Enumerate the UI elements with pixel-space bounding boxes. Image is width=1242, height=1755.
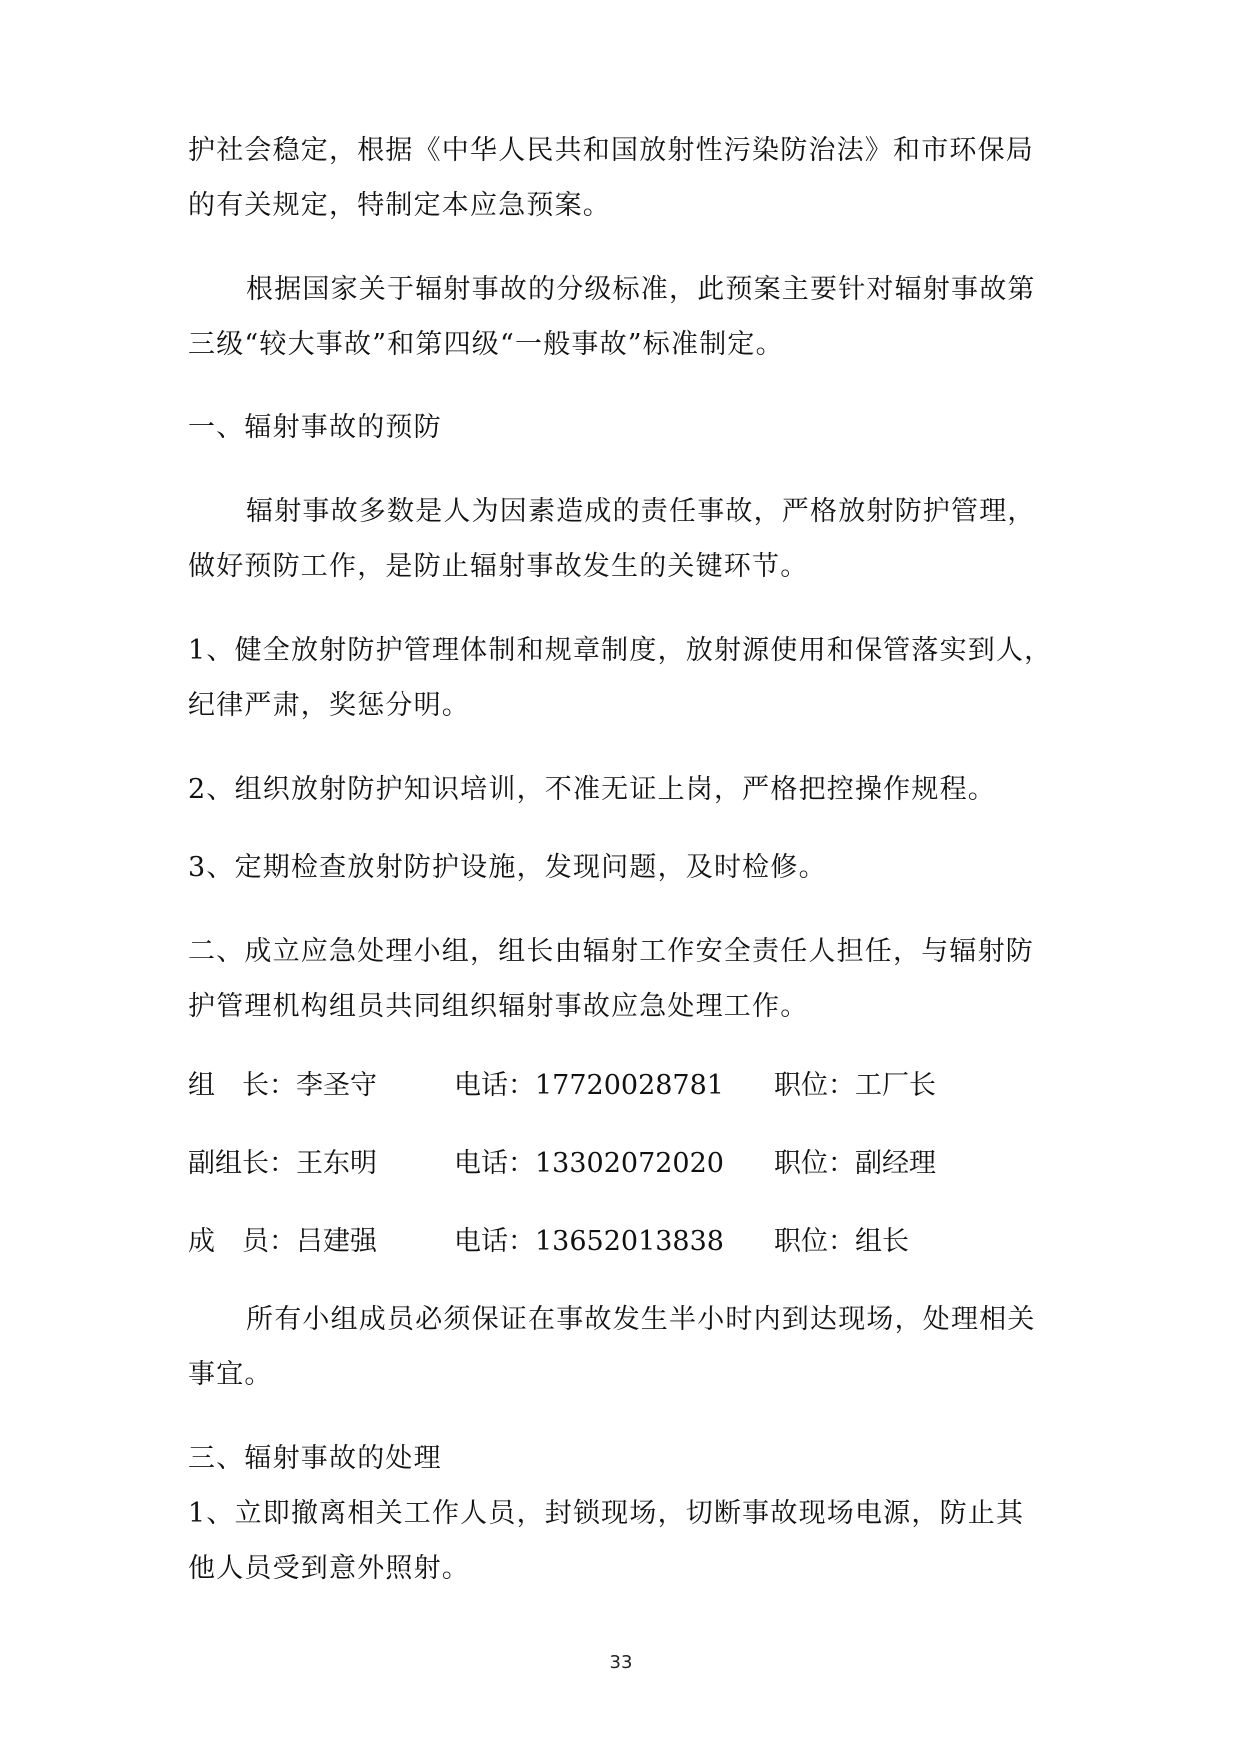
paragraph-line: 三级“较大事故”和第四级“一般事故”标准制定。 [188, 328, 1068, 362]
list-item-1-sec3: 1、立即撤离相关工作人员，封锁现场，切断事故现场电源，防止其 [188, 1497, 1068, 1531]
paragraph-line: 护管理机构组员共同组织辐射事故应急处理工作。 [188, 990, 1068, 1024]
section-heading-1: 一、辐射事故的预防 [188, 411, 1068, 445]
paragraph-line: 的有关规定，特制定本应急预案。 [188, 189, 1068, 223]
paragraph-line: 所有小组成员必须保证在事故发生半小时内到达现场，处理相关 [246, 1303, 1126, 1337]
page-number: 33 [0, 1652, 1242, 1673]
contact-phone: 电话：13652013838 [454, 1225, 724, 1259]
contact-role-name: 成 员：吕建强 [188, 1225, 377, 1259]
list-item-2: 2、组织放射防护知识培训，不准无证上岗，严格把控操作规程。 [188, 773, 1068, 807]
paragraph-line: 根据国家关于辐射事故的分级标准，此预案主要针对辐射事故第 [246, 273, 1126, 307]
contact-phone: 电话：13302072020 [454, 1147, 724, 1181]
contact-phone: 电话：17720028781 [454, 1069, 724, 1103]
contact-role-name: 组 长：李圣守 [188, 1069, 377, 1103]
contact-position: 职位：组长 [774, 1225, 909, 1259]
paragraph-line: 事宜。 [188, 1358, 1068, 1392]
list-item-1: 1、健全放射防护管理体制和规章制度，放射源使用和保管落实到人， [188, 634, 1068, 668]
list-item-3: 3、定期检查放射防护设施，发现问题，及时检修。 [188, 851, 1068, 885]
section-heading-2: 二、成立应急处理小组，组长由辐射工作安全责任人担任，与辐射防 [188, 935, 1068, 969]
contact-position: 职位：工厂长 [774, 1069, 936, 1103]
list-item-1-cont: 纪律严肃，奖惩分明。 [188, 689, 1068, 723]
paragraph-line: 做好预防工作，是防止辐射事故发生的关键环节。 [188, 550, 1068, 584]
section-heading-3: 三、辐射事故的处理 [188, 1442, 1068, 1476]
contact-role-name: 副组长：王东明 [188, 1147, 377, 1181]
list-item-1-sec3-cont: 他人员受到意外照射。 [188, 1552, 1068, 1586]
paragraph-line: 护社会稳定，根据《中华人民共和国放射性污染防治法》和市环保局 [188, 134, 1068, 168]
document-page: 护社会稳定，根据《中华人民共和国放射性污染防治法》和市环保局 的有关规定，特制定… [0, 0, 1242, 1755]
paragraph-line: 辐射事故多数是人为因素造成的责任事故，严格放射防护管理， [246, 495, 1126, 529]
contact-position: 职位：副经理 [774, 1147, 936, 1181]
